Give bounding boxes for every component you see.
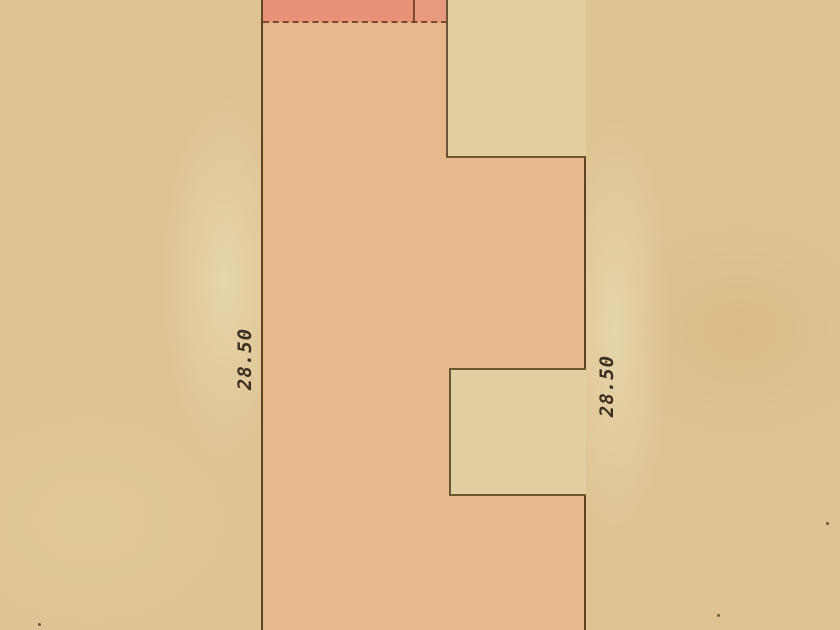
paper-speck — [826, 522, 829, 525]
right-dimension-label: 28.50 — [596, 355, 618, 417]
building-footprint — [263, 0, 415, 22]
paper-speck — [38, 623, 41, 626]
paper-speck — [717, 614, 720, 617]
building-annex — [415, 0, 447, 22]
dashed-boundary-line — [263, 21, 447, 23]
left-dimension-label: 28.50 — [234, 328, 256, 390]
building-divider-line — [413, 0, 415, 22]
middle-notch-cutout — [449, 368, 586, 496]
upper-notch-cutout — [446, 0, 586, 158]
